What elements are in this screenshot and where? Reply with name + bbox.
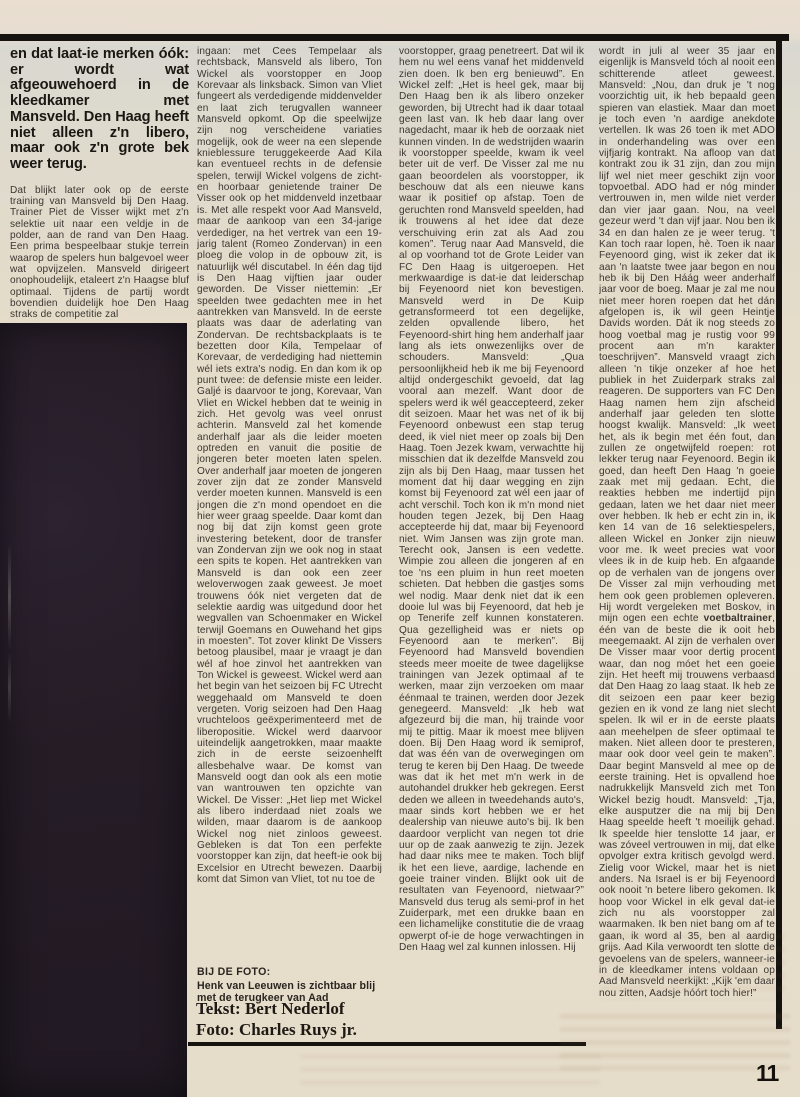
credit-photographer: Foto: Charles Ruys jr. xyxy=(196,1019,426,1040)
magazine-page: en dat laat-ie merken óók: er wordt wat … xyxy=(0,0,800,1097)
top-rule xyxy=(0,34,789,41)
column-4-text-post: , één van de beste die ik ooit heb meege… xyxy=(599,613,775,998)
article-photo xyxy=(0,323,187,1097)
article-headline: en dat laat-ie merken óók: er wordt wat … xyxy=(10,47,189,173)
column-3-text: voorstopper, graag penetreert. Dat wil i… xyxy=(399,46,584,1046)
right-border-rule xyxy=(776,34,782,1029)
bottom-rule xyxy=(188,1042,586,1046)
page-number: 11 xyxy=(756,1060,778,1087)
bleed-through-texture xyxy=(300,1050,600,1090)
credit-text-author: Tekst: Bert Nederlof xyxy=(196,998,426,1019)
photo-scratch-artifact xyxy=(8,543,11,723)
column-1-text: Dat blijkt later ook op de eerste traini… xyxy=(10,185,189,319)
column-4-text: wordt in juli al weer 35 jaar en eigenli… xyxy=(599,46,775,1021)
column-4-text-bold-term: voetbaltrainer xyxy=(704,613,772,624)
column-2-text: ingaan: met Cees Tempelaar als rechtsbac… xyxy=(197,46,382,964)
photo-caption-label: BIJ DE FOTO: xyxy=(197,966,385,979)
column-4-text-pre: wordt in juli al weer 35 jaar en eigenli… xyxy=(599,46,775,624)
column-1: en dat laat-ie merken óók: er wordt wat … xyxy=(10,47,189,319)
article-credits: Tekst: Bert Nederlof Foto: Charles Ruys … xyxy=(196,998,426,1040)
